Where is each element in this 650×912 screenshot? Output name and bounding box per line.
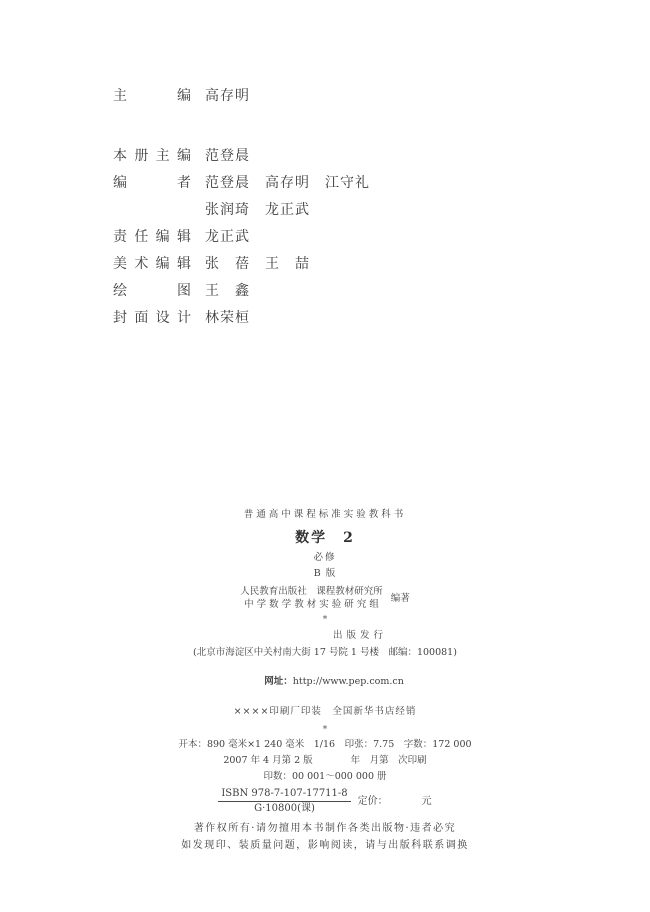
credit-label: 绘图 [113,284,191,298]
credit-label: 美术编辑 [113,257,191,271]
price-unit: 元 [422,795,432,808]
book-title: 数学 2 [0,531,650,546]
divider-star: * [0,616,650,625]
credit-row-volume-editor: 本册主编 范登晨 [113,149,370,163]
series-title: 普通高中课程标准实验教科书 [0,509,650,521]
credit-names: 范登晨 [205,149,250,163]
website-url: http://www.pep.com.cn [293,676,404,687]
credit-names: 张 蓓 王 喆 [205,257,310,271]
authors-line-1: 人民教育出版社 课程教材研究所 [240,585,383,598]
book-edition: B 版 [0,568,650,580]
isbn-price-line: ISBN 978-7-107-17711-8 G·10800(课) 定价： 元 [0,788,650,815]
credit-row-illustrator: 绘图 王 鑫 [113,284,370,298]
credit-names: 张润琦 龙正武 [205,203,310,217]
format-line: 开本：890 毫米×1 240 毫米 1/16 印张：7.75 字数：172 0… [0,738,650,751]
publisher-address: (北京市海淀区中关村南大街 17 号院 1 号楼 邮编：100081) [0,646,650,659]
price-label: 定价： [358,795,388,808]
credit-label: 本册主编 [113,149,191,163]
publication-block: 普通高中课程标准实验教科书 数学 2 必修 B 版 人民教育出版社 课程教材研究… [0,509,650,853]
isbn-number: ISBN 978-7-107-17711-8 [218,788,350,802]
copyright-notice-1: 著作权所有·请勿擅用本书制作各类出版物·违者必究 [0,822,650,836]
credits-block: 主编 高存明 本册主编 范登晨 编者 范登晨 高存明 江守礼 张润琦 龙正武 责… [113,89,370,338]
authors-role: 编著 [391,592,410,605]
credit-row-responsible-editor: 责任编辑 龙正武 [113,230,370,244]
isbn-code: G·10800(课) [218,802,350,815]
credit-row-authors: 编者 范登晨 高存明 江守礼 [113,176,370,190]
credit-row-cover-designer: 封面设计 林荣桓 [113,311,370,325]
edition-printing-line: 2007 年 4 月第 2 版 年 月第 次印刷 [0,754,650,767]
distribution-line: ××××印刷厂印装 全国新华书店经销 [0,705,650,718]
credit-names: 高存明 [205,89,250,103]
credit-row-authors-cont: 张润琦 龙正武 [113,203,370,217]
authors-line-2: 中 学 数 学 教 材 实 验 研 究 组 [240,598,383,611]
copyright-notice-2: 如发现印、装质量问题，影响阅读，请与出版科联系调换 [0,839,650,853]
book-subtitle: 必修 [0,552,650,564]
website-label: 网址： [264,676,293,687]
credit-names: 龙正武 [205,230,250,244]
authors-group: 人民教育出版社 课程教材研究所 中 学 数 学 教 材 实 验 研 究 组 编著 [0,585,650,611]
colophon-page: 主编 高存明 本册主编 范登晨 编者 范登晨 高存明 江守礼 张润琦 龙正武 责… [0,0,650,912]
credit-row-art-editor: 美术编辑 张 蓓 王 喆 [113,257,370,271]
credit-names: 王 鑫 [205,284,250,298]
website-line: 网址：http://www.pep.com.cn [0,662,650,701]
credit-label: 主编 [113,89,191,103]
isbn-fraction: ISBN 978-7-107-17711-8 G·10800(课) [218,788,350,815]
credit-names: 范登晨 高存明 江守礼 [205,176,370,190]
publish-label: 出版发行 [35,629,650,642]
print-run-line: 印数：00 001～000 000 册 [0,770,650,783]
authors-lines: 人民教育出版社 课程教材研究所 中 学 数 学 教 材 实 验 研 究 组 [240,585,383,611]
credit-label: 责任编辑 [113,230,191,244]
credit-row-chief-editor: 主编 高存明 [113,89,370,103]
credit-names: 林荣桓 [205,311,250,325]
credit-label: 编者 [113,176,191,190]
credit-label: 封面设计 [113,311,191,325]
divider-star-2: * [0,726,650,735]
